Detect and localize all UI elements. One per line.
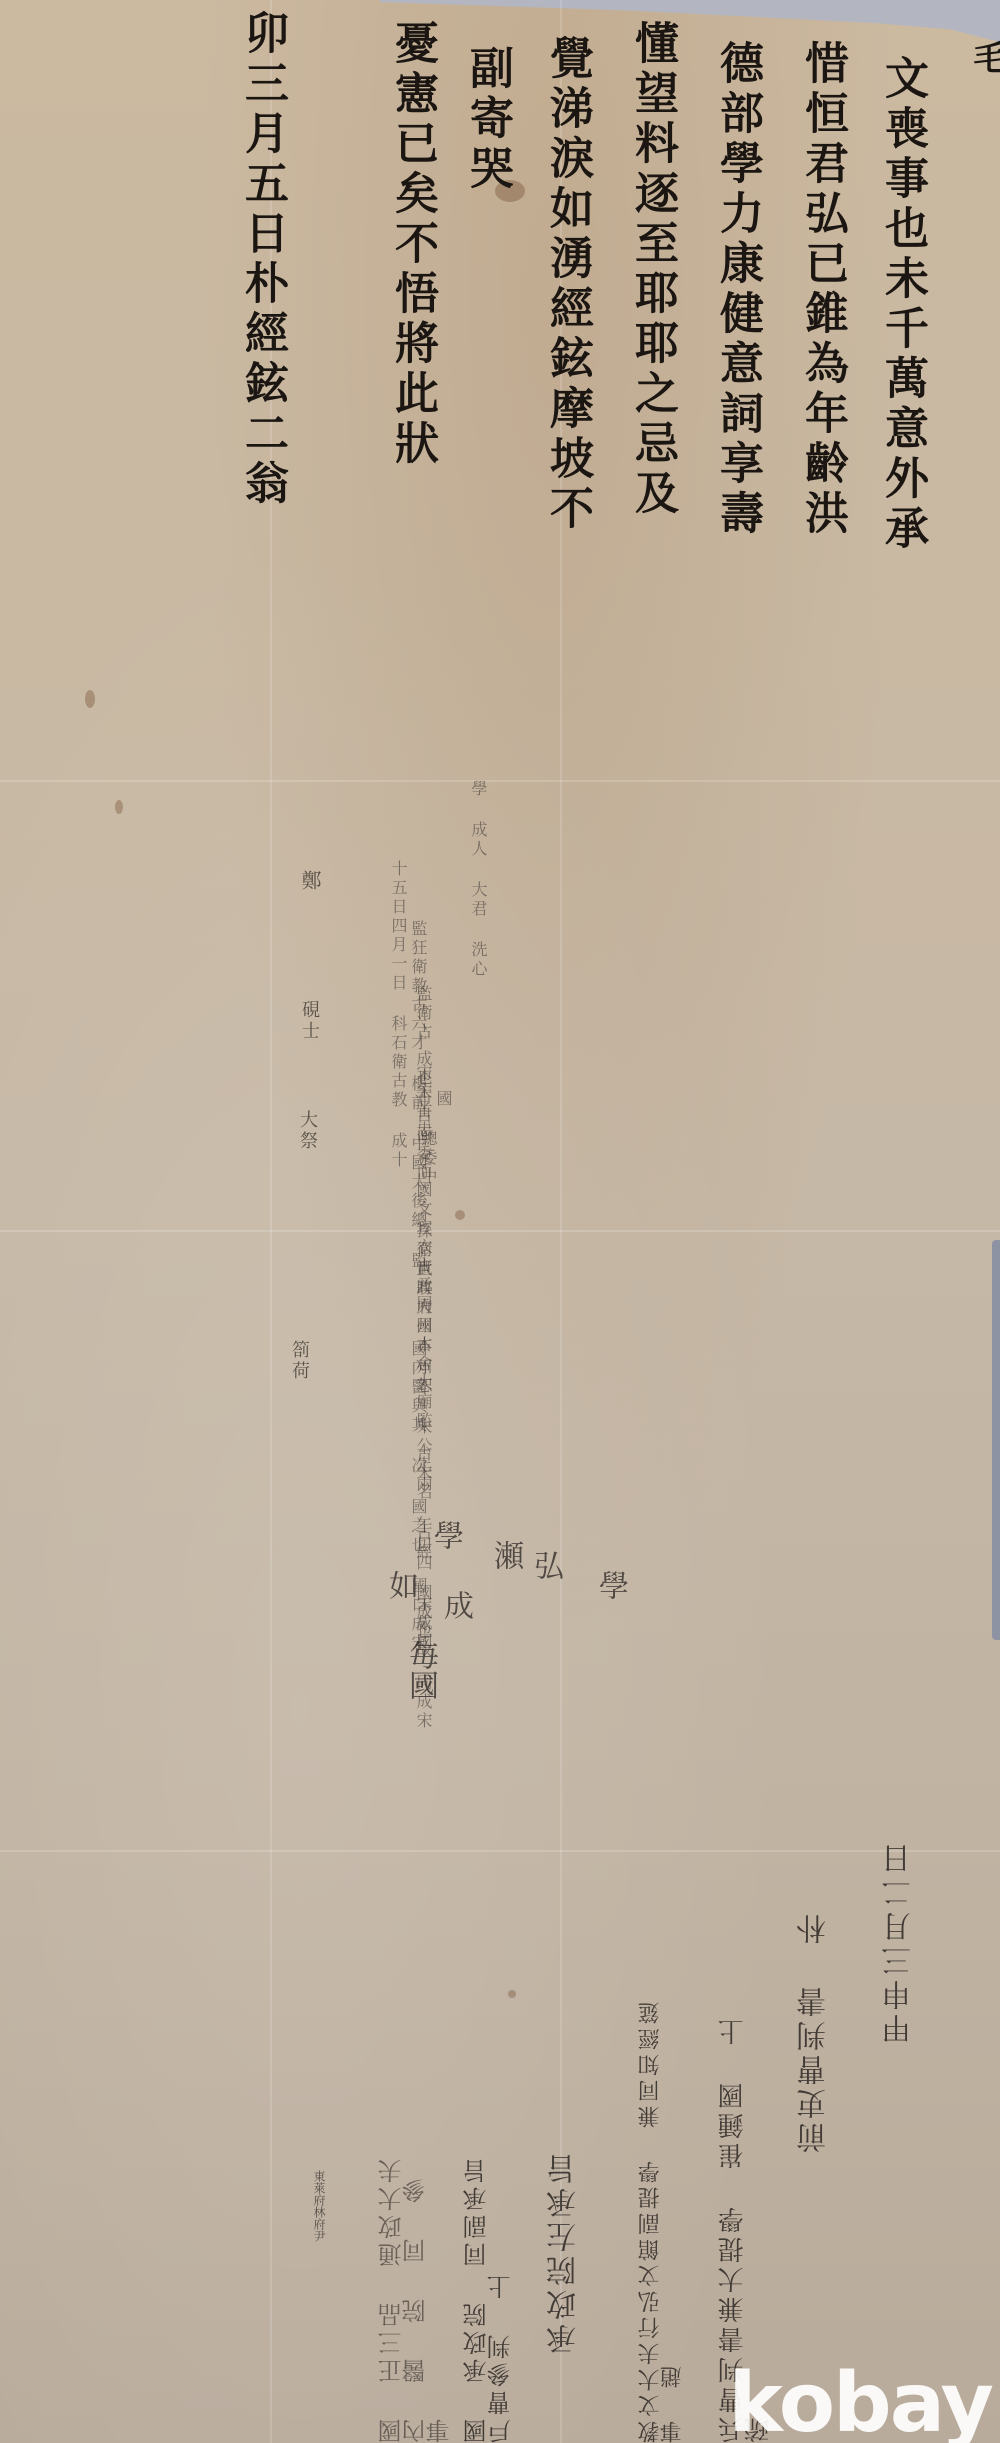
stain: [455, 1210, 465, 1220]
torn-top-edge: [380, 0, 1000, 42]
rotated-column: 甲申三月二日: [885, 1840, 915, 2044]
faint-column: 學 成人 大君 洗心: [470, 780, 486, 979]
text-column: 覺涕淚如湧經鉉摩坡不: [545, 35, 589, 535]
faint-signature: 學: [595, 1570, 625, 1600]
text-column: 憂憲已矣不悟將此狀: [390, 20, 434, 470]
stain: [115, 800, 123, 814]
faint-signature: 如: [385, 1570, 415, 1600]
text-fragment: 毛: [970, 40, 1000, 80]
fold-line: [0, 780, 1000, 782]
stamp-text: 東萊府林府尹: [313, 2170, 325, 2242]
faint-column: 國: [435, 1090, 451, 1109]
stain: [85, 690, 95, 708]
faint-signature: 學: [430, 1520, 460, 1550]
text-column: 副寄哭: [465, 45, 509, 195]
rotated-column: 國 正三品 通政大夫 內 醫 院 同 參 事: [380, 2120, 452, 2443]
text-column: 惜恒君弘已錐為年齡洪: [800, 40, 844, 540]
text-column: 懂望料逐至耶耶之忌及: [630, 20, 674, 520]
fold-line: [0, 1850, 1000, 1852]
rotated-column: 教文大夫行弘文館副提學 兼同知經筵事 趙: [640, 1990, 684, 2443]
faint-column: 總委中: [420, 1130, 436, 1187]
faint-name: 大祭: [298, 1110, 316, 1152]
rotated-column: 國 承政院 同副承旨 戶曹參判 上: [465, 2120, 513, 2443]
faint-signature: 弘: [530, 1550, 560, 1580]
faint-signature: 毎國: [405, 1640, 435, 1700]
faint-column: 十五日四月一日 科石衛古教 成十: [390, 860, 406, 1170]
faint-name: 鄭: [300, 870, 320, 893]
rotated-column: 承政院左承旨: [550, 2150, 580, 2354]
fold-line: [0, 1230, 1000, 1232]
faint-signature: 瀬: [490, 1540, 520, 1570]
torn-right-edge: [992, 1240, 1000, 1640]
faint-name: 硯士: [300, 1000, 318, 1042]
faint-column: 古宋名 古經 國成也故: [415, 1445, 431, 1660]
text-column: 文喪事也未千萬意外承: [880, 55, 924, 555]
rotated-column: 前吏曹判書 朴: [800, 1910, 830, 2153]
kobay-watermark: kobay: [728, 2356, 992, 2443]
text-column: 德部學力康健意詞享壽: [715, 40, 759, 540]
stain: [508, 1990, 516, 1998]
faint-signature: 成: [440, 1590, 470, 1620]
document-sheet: 文喪事也未千萬意外承 惜恒君弘已錐為年齡洪 德部學力康健意詞享壽 懂望料逐至耶耶…: [0, 0, 1000, 2443]
text-column-date-signature: 卯三月五日朴經鉉二翁: [240, 10, 284, 510]
faint-name: 箚荷: [290, 1340, 308, 1382]
